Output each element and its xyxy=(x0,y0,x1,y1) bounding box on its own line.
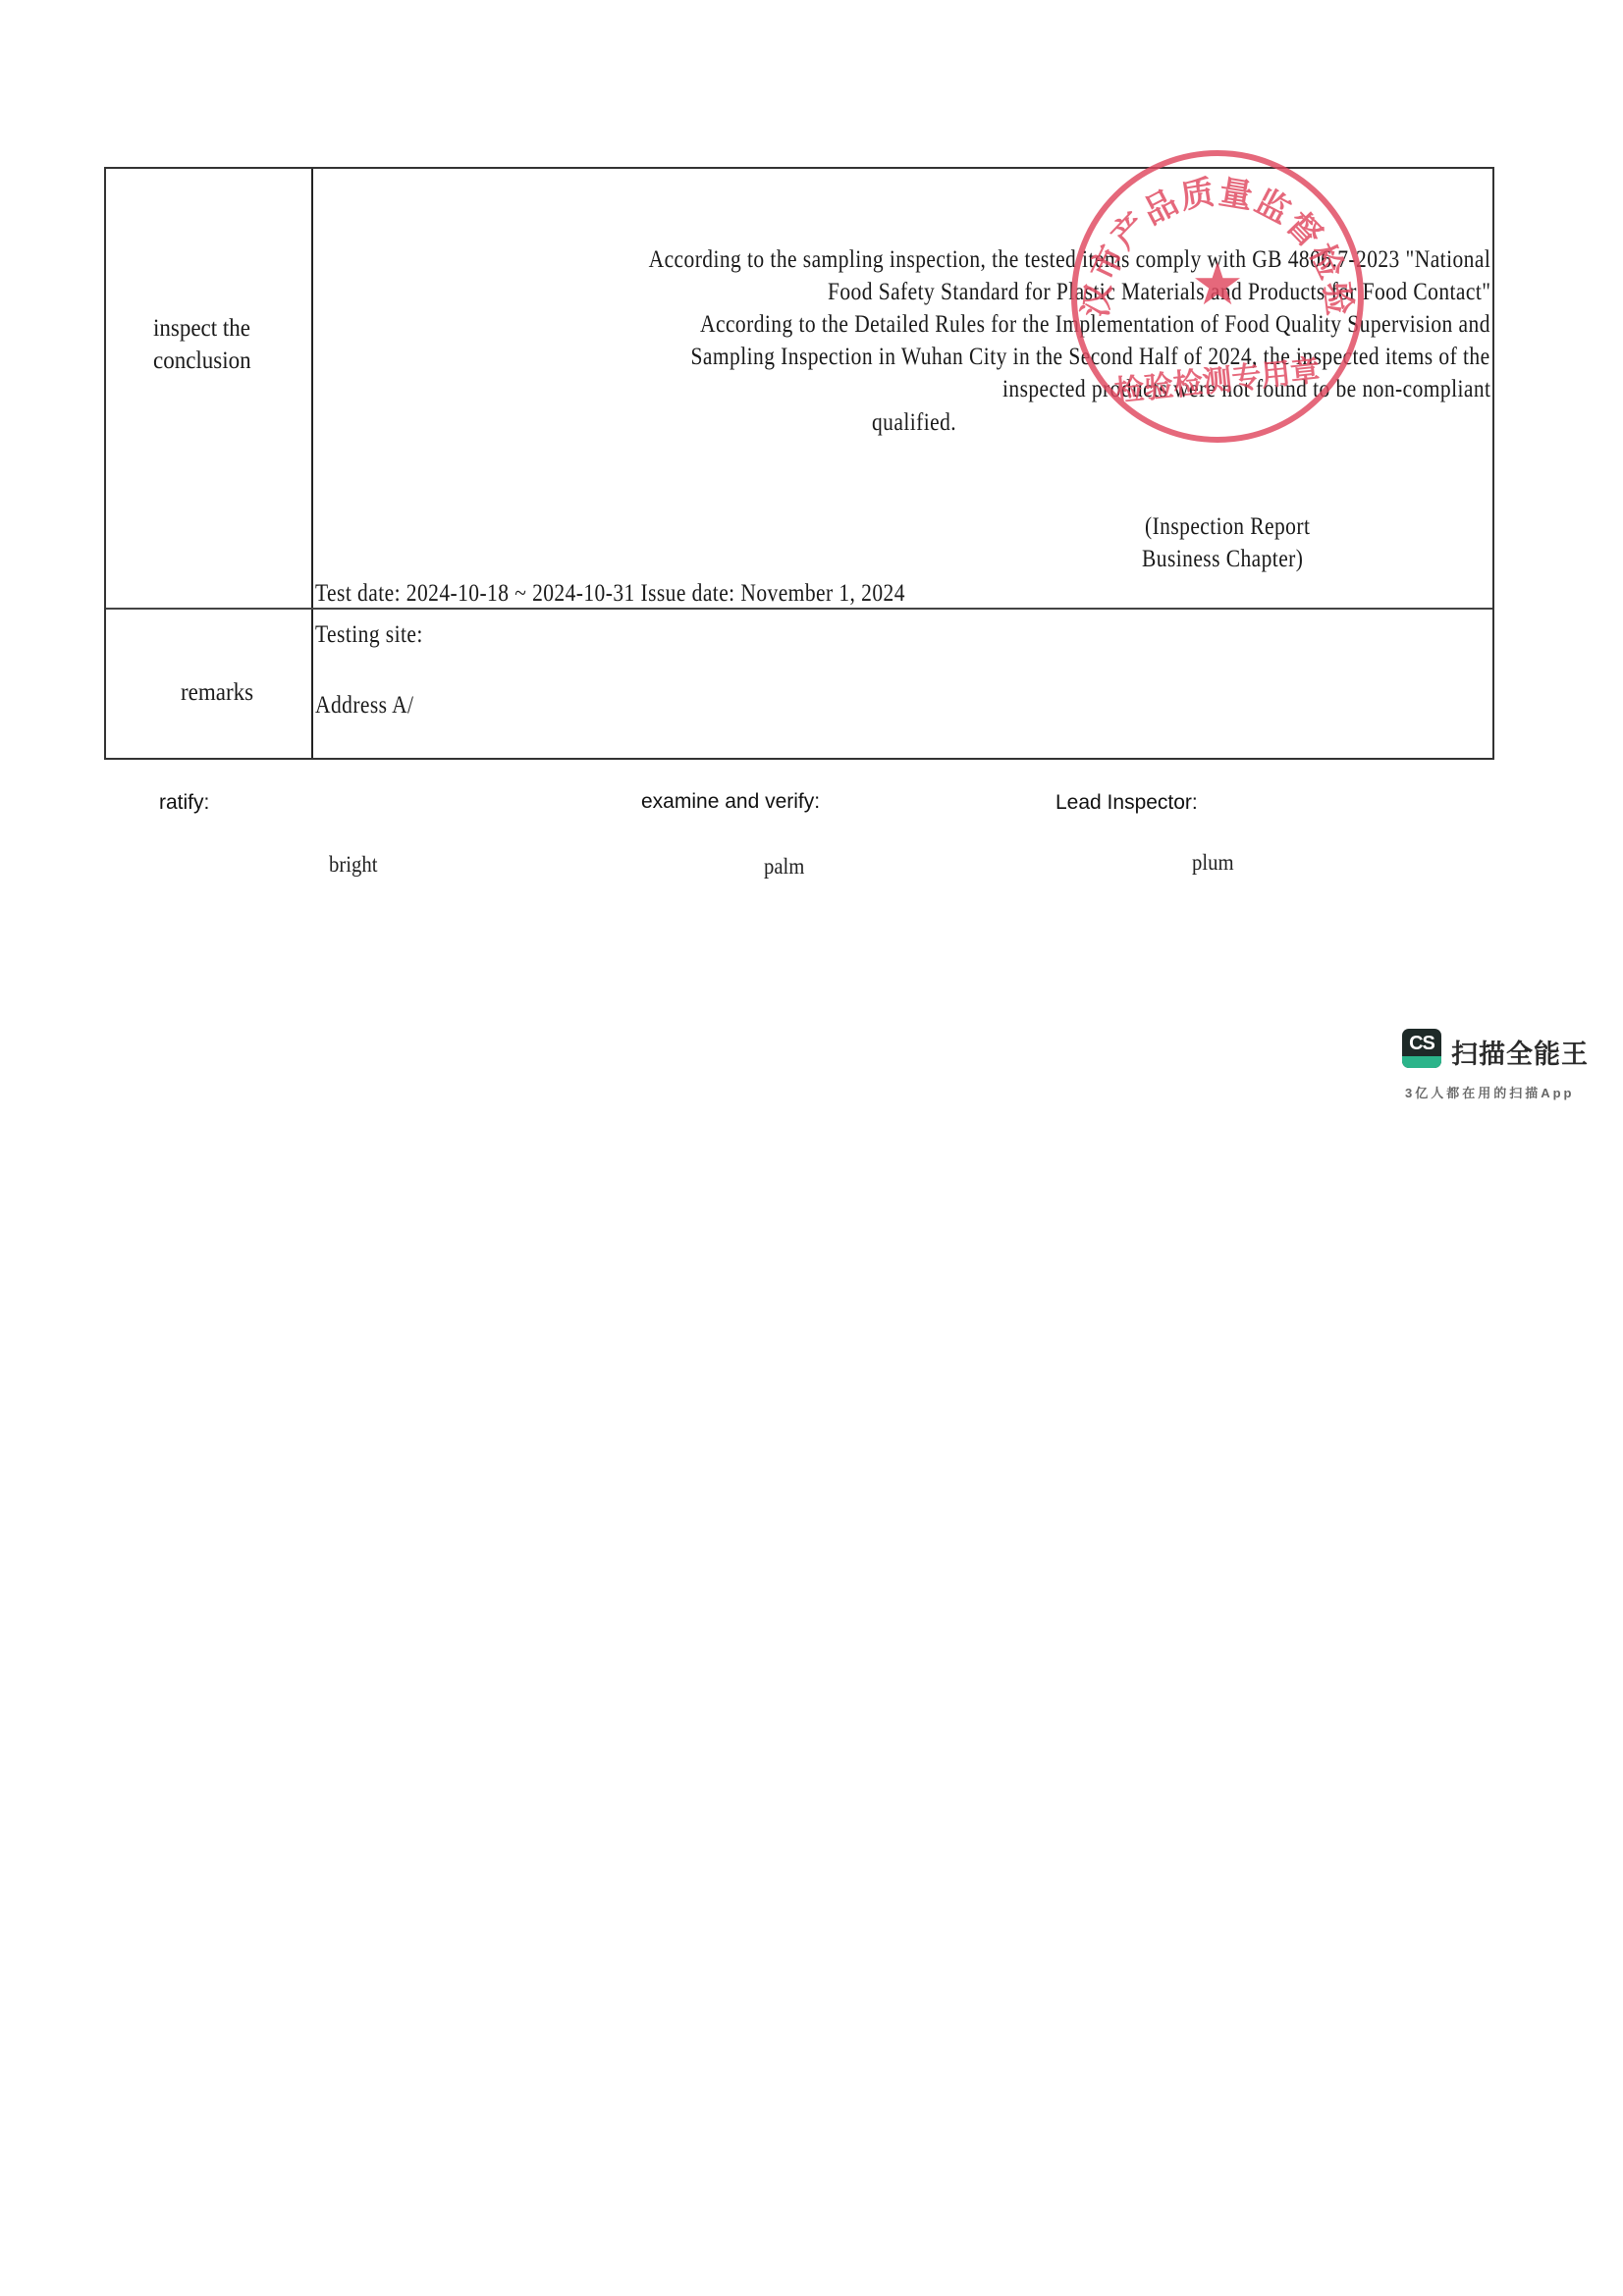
testing-site: Testing site: xyxy=(315,618,423,651)
conclusion-line-4: Sampling Inspection in Wuhan City in the… xyxy=(691,341,1490,373)
seal-note-line2: Business Chapter) xyxy=(1142,543,1303,575)
verify-signature: palm xyxy=(764,854,804,880)
lead-inspector-signature: plum xyxy=(1192,850,1234,876)
remarks-label: remarks xyxy=(181,676,253,709)
ratify-label: ratify: xyxy=(159,791,209,815)
conclusion-line-5: inspected products were not found to be … xyxy=(1002,373,1490,405)
conclusion-label-line1: inspect the xyxy=(153,312,250,345)
camscanner-watermark: CS 扫描全能王 3亿人都在用的扫描App xyxy=(1402,1029,1608,1099)
conclusion-line-3: According to the Detailed Rules for the … xyxy=(700,308,1490,341)
seal-note-line1: (Inspection Report xyxy=(1145,510,1310,543)
camscanner-app-name: 扫描全能王 xyxy=(1451,1033,1589,1071)
address: Address A/ xyxy=(315,689,413,721)
report-table: inspect the conclusion According to the … xyxy=(104,167,1494,760)
verify-label: examine and verify: xyxy=(641,790,820,814)
camscanner-tagline: 3亿人都在用的扫描App xyxy=(1405,1083,1575,1101)
ratify-signature: bright xyxy=(329,852,377,878)
conclusion-label-line2: conclusion xyxy=(153,345,251,377)
test-issue-dates: Test date: 2024-10-18 ~ 2024-10-31 Issue… xyxy=(315,577,905,610)
conclusion-line-2: Food Safety Standard for Plastic Materia… xyxy=(827,276,1490,308)
camscanner-logo-icon: CS xyxy=(1402,1029,1441,1068)
lead-inspector-label: Lead Inspector: xyxy=(1055,791,1198,815)
conclusion-line-6: qualified. xyxy=(872,406,956,439)
conclusion-line-1: According to the sampling inspection, th… xyxy=(648,243,1490,276)
column-divider xyxy=(311,169,313,758)
